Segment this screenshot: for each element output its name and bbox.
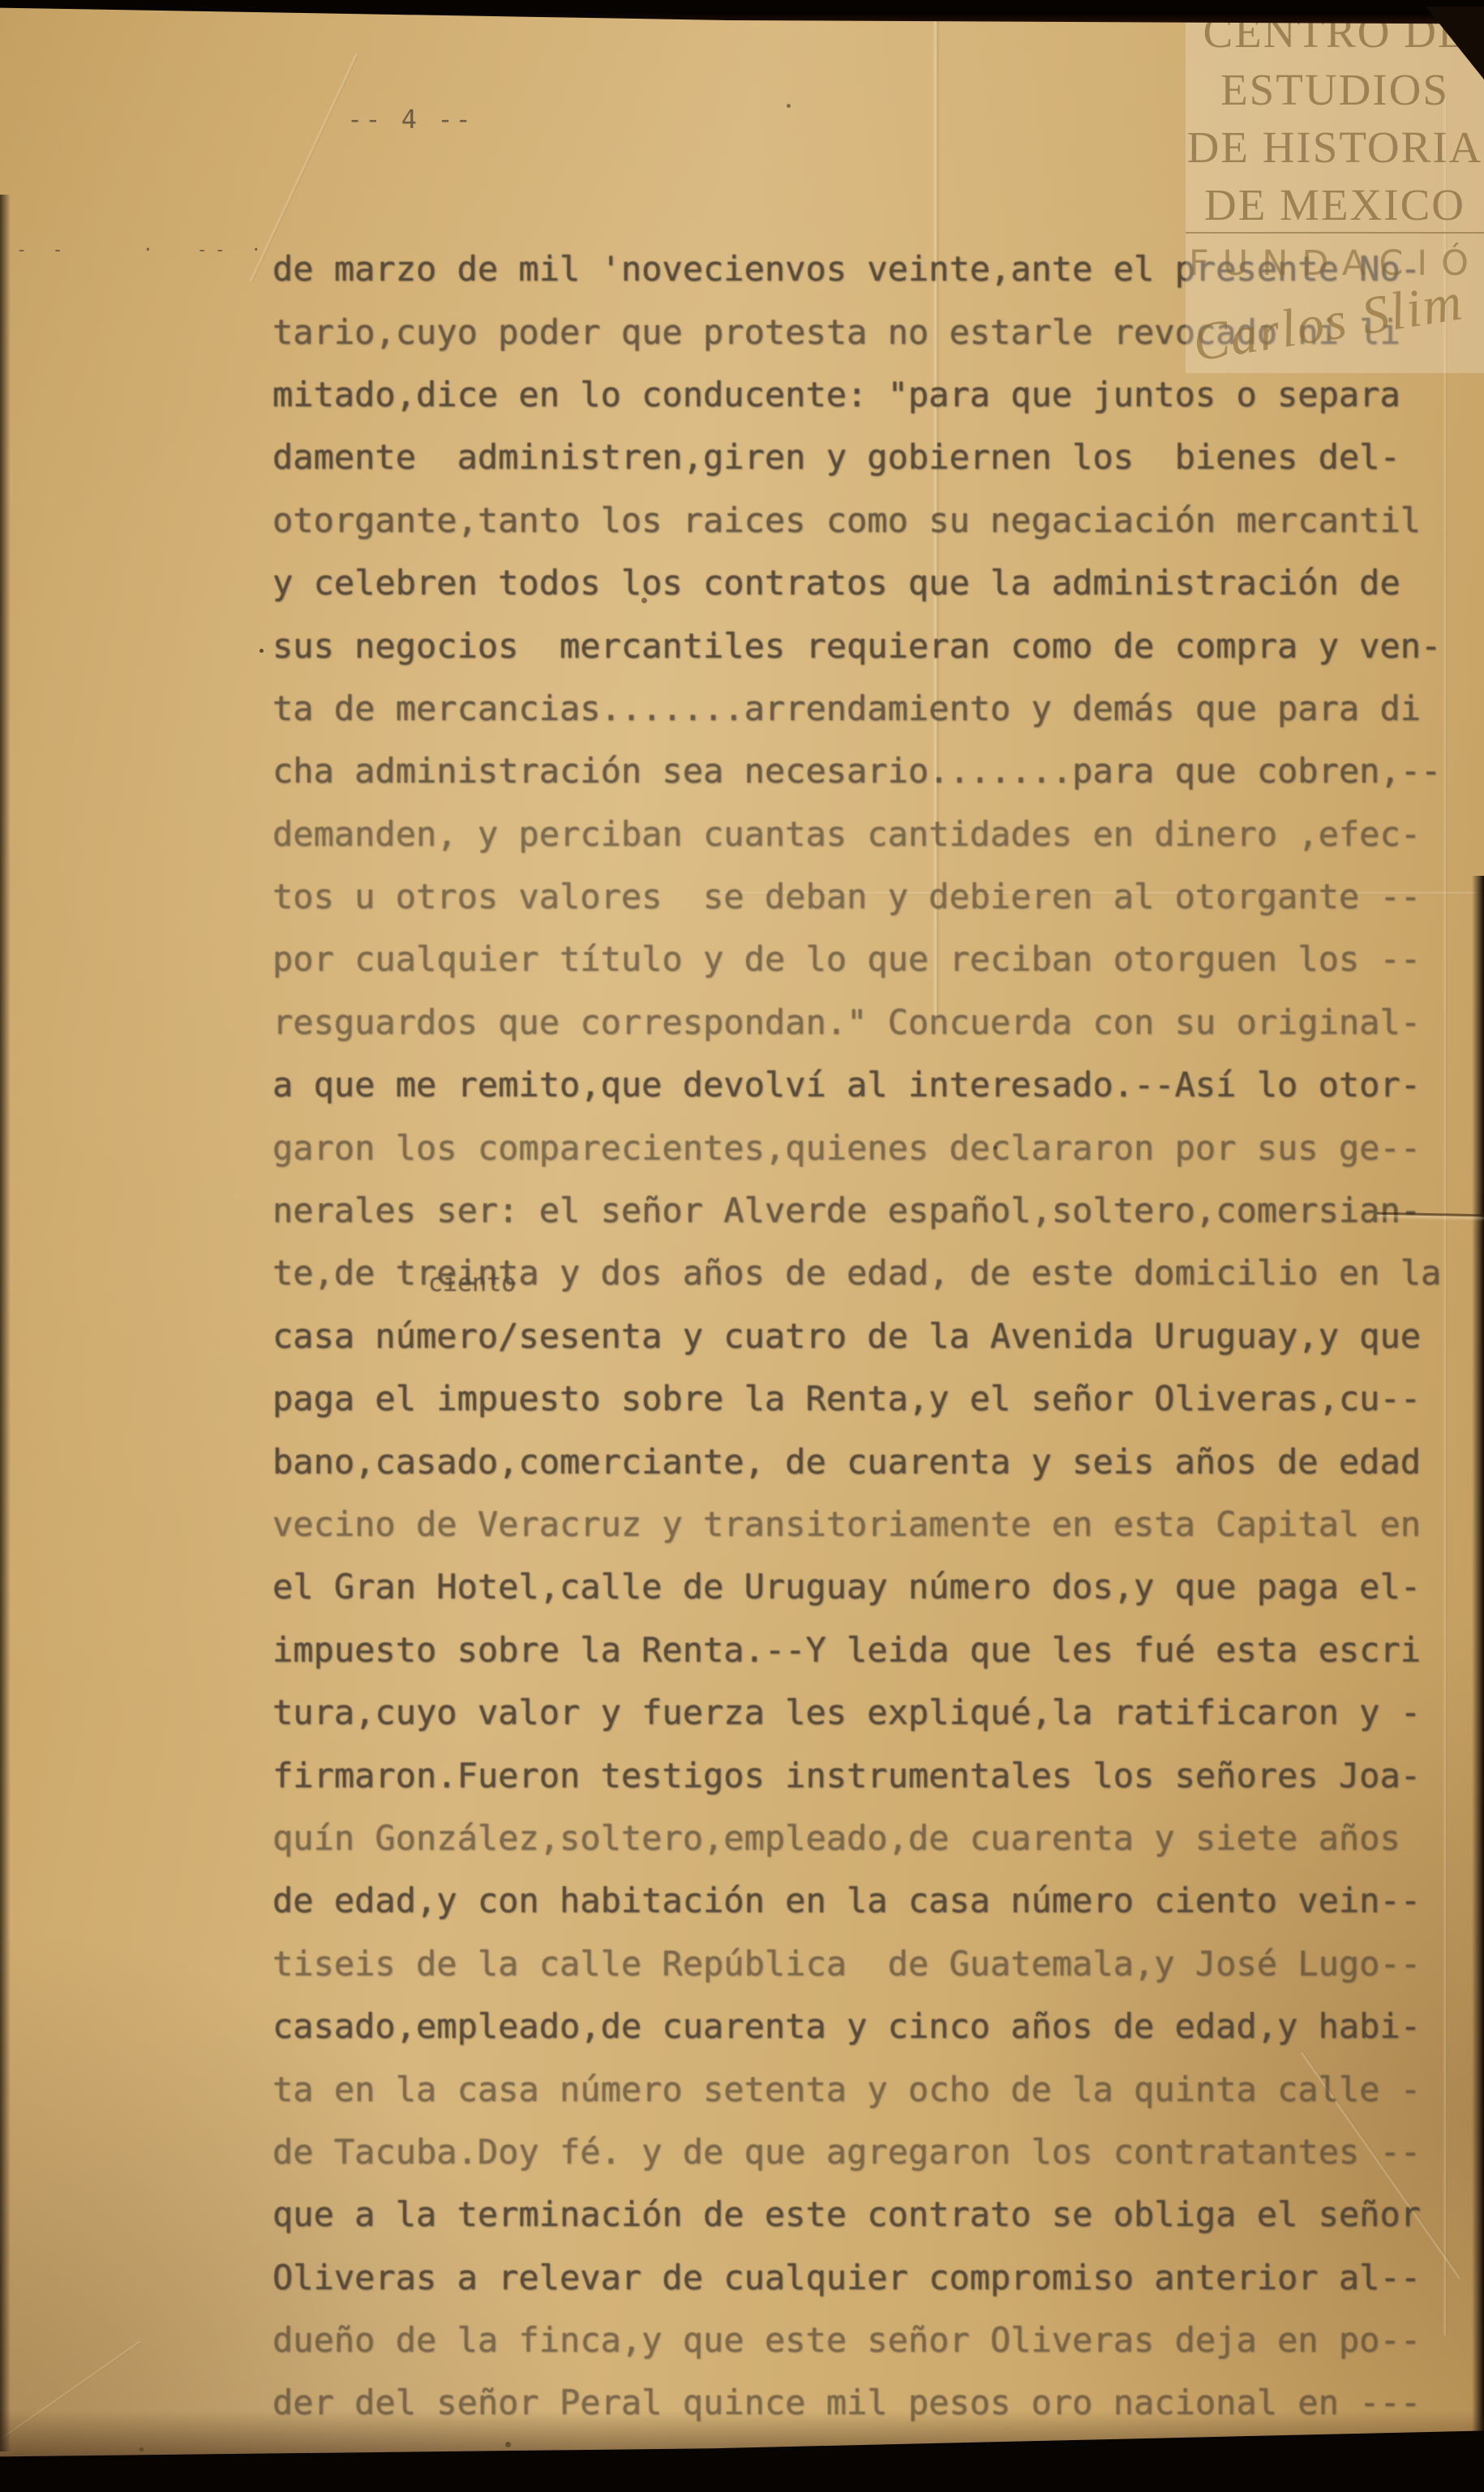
document-line: impuesto sobre la Renta.--Y leida que le… (272, 1619, 1456, 1681)
document-line: de edad,y con habitación en la casa núme… (272, 1869, 1456, 1932)
document-line: tos u otros valores se deban y debieren … (272, 865, 1456, 928)
document-line: bano,casado,comerciante, de cuarenta y s… (272, 1430, 1456, 1492)
document-line: resguardos que correspondan." Concuerda … (272, 991, 1456, 1053)
document-line: damente administren,giren y gobiernen lo… (272, 426, 1456, 488)
scan-right-edge (1472, 876, 1484, 2492)
document-line: garon los comparecientes,quienes declara… (272, 1116, 1456, 1178)
document-line: ta de mercancias.......arrendamiento y d… (272, 677, 1456, 740)
scanned-document-page: -- 4 -- - - · -- · de marzo de mil 'nove… (0, 0, 1484, 2492)
document-line: ta en la casa número setenta y ocho de l… (272, 2057, 1456, 2120)
document-line: casado,empleado,de cuarenta y cinco años… (272, 1995, 1456, 2057)
page-number: -- 4 -- (347, 104, 474, 135)
watermark-divider (1186, 232, 1484, 234)
document-line: nerales ser: el señor Alverde español,so… (272, 1179, 1456, 1242)
document-line: quín González,soltero,empleado,de cuaren… (272, 1807, 1456, 1869)
watermark-line: DE HISTORIA (1186, 122, 1484, 173)
document-line: casa número/sesenta y cuatro de la Aveni… (272, 1305, 1456, 1367)
document-line: Oliveras a relevar de cualquier compromi… (272, 2246, 1456, 2309)
document-line: demanden, y perciban cuantas cantidades … (272, 803, 1456, 865)
document-line: otorgante,tanto los raices como su negac… (272, 489, 1456, 551)
ink-specks (259, 649, 264, 653)
document-line: por cualquier título y de lo que reciban… (272, 928, 1456, 990)
watermark-line: DE MEXICO (1186, 179, 1484, 230)
interline-insertion: ciento (428, 1269, 516, 1297)
document-line: a que me remito,que devolví al interesad… (272, 1053, 1456, 1116)
document-line: vecino de Veracruz y transitoriamente en… (272, 1493, 1456, 1555)
document-line: firmaron.Fueron testigos instrumentales … (272, 1744, 1456, 1806)
document-line: tiseis de la calle República de Guatemal… (272, 1932, 1456, 1995)
margin-pencil-marks: - - · -- · (16, 240, 268, 260)
document-line: paga el impuesto sobre la Renta,y el señ… (272, 1367, 1456, 1430)
document-text: de marzo de mil 'novecienvos veinte,ante… (272, 238, 1456, 2434)
document-line: tura,cuyo valor y fuerza les expliqué,la… (272, 1681, 1456, 1744)
scan-left-edge (0, 195, 11, 2451)
document-line: cha administración sea necesario.......p… (272, 740, 1456, 802)
document-line: sus negocios mercantiles requieran como … (272, 614, 1456, 676)
document-line: y celebren todos los contratos que la ad… (272, 551, 1456, 614)
document-line: dueño de la finca,y que este señor Olive… (272, 2309, 1456, 2371)
document-line: que a la terminación de este contrato se… (272, 2183, 1456, 2245)
watermark-line: ESTUDIOS (1186, 64, 1484, 115)
document-line: de Tacuba.Doy fé. y de que agregaron los… (272, 2121, 1456, 2183)
watermark: CENTRO DE ESTUDIOS DE HISTORIA DE MEXICO… (1186, 6, 1484, 373)
document-line: el Gran Hotel,calle de Uruguay número do… (272, 1555, 1456, 1618)
watermark-signature: Carlos Slim (1189, 271, 1467, 373)
